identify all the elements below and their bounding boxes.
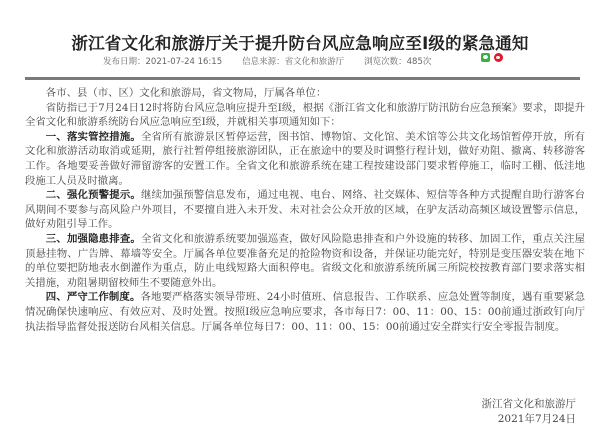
signature-date: 2021年7月24日 — [482, 412, 577, 427]
section-4: 四、严守工作制度。各地要严格落实领导带班、24小时值班、信息报告、工作联系、应急… — [25, 290, 585, 334]
article-body: 各市、县（市、区）文化和旅游局，省文物局，厅属各单位： 省防指已于7月24日12… — [25, 86, 585, 334]
publish-date: 发布日期：2021-07-24 16:15 — [103, 55, 222, 67]
salutation: 各市、县（市、区）文化和旅游局，省文物局，厅属各单位： — [25, 86, 585, 101]
weibo-icon[interactable] — [494, 53, 503, 62]
section-heading: 一、落实管控措施。 — [46, 131, 141, 143]
intro-paragraph: 省防指已于7月24日12时将防台风应急响应提升至Ⅰ级，根据《浙江省文化和旅游厅防… — [25, 101, 585, 130]
section-heading: 二、强化预警提示。 — [46, 189, 141, 201]
signature-org: 浙江省文化和旅游厅 — [482, 397, 577, 412]
share-buttons — [481, 53, 503, 62]
section-1: 一、落实管控措施。全省所有旅游景区暂停运营，图书馆、博物馆、文化馆、美术馆等公共… — [25, 130, 585, 188]
header-divider — [25, 77, 580, 80]
view-count: 浏览次数：485次 — [364, 55, 431, 67]
section-3: 三、加强隐患排查。全省文化和旅游系统要加强巡查，做好风险隐患排查和户外设施的转移… — [25, 232, 585, 290]
article-meta: 发布日期：2021-07-24 16:15 信息来源：省文化和旅游厅 浏览次数：… — [103, 55, 431, 67]
section-2: 二、强化预警提示。继续加强预警信息发布，通过电视、电台、网络、社交媒体、短信等各… — [25, 188, 585, 232]
info-source: 信息来源：省文化和旅游厅 — [242, 55, 344, 67]
signature-block: 浙江省文化和旅游厅 2021年7月24日 — [482, 397, 577, 427]
article-title: 浙江省文化和旅游厅关于提升防台风应急响应至Ⅰ级的紧急通知 — [0, 30, 600, 54]
section-heading: 四、严守工作制度。 — [46, 291, 141, 303]
wechat-icon[interactable] — [481, 53, 490, 62]
section-heading: 三、加强隐患排查。 — [46, 233, 141, 245]
